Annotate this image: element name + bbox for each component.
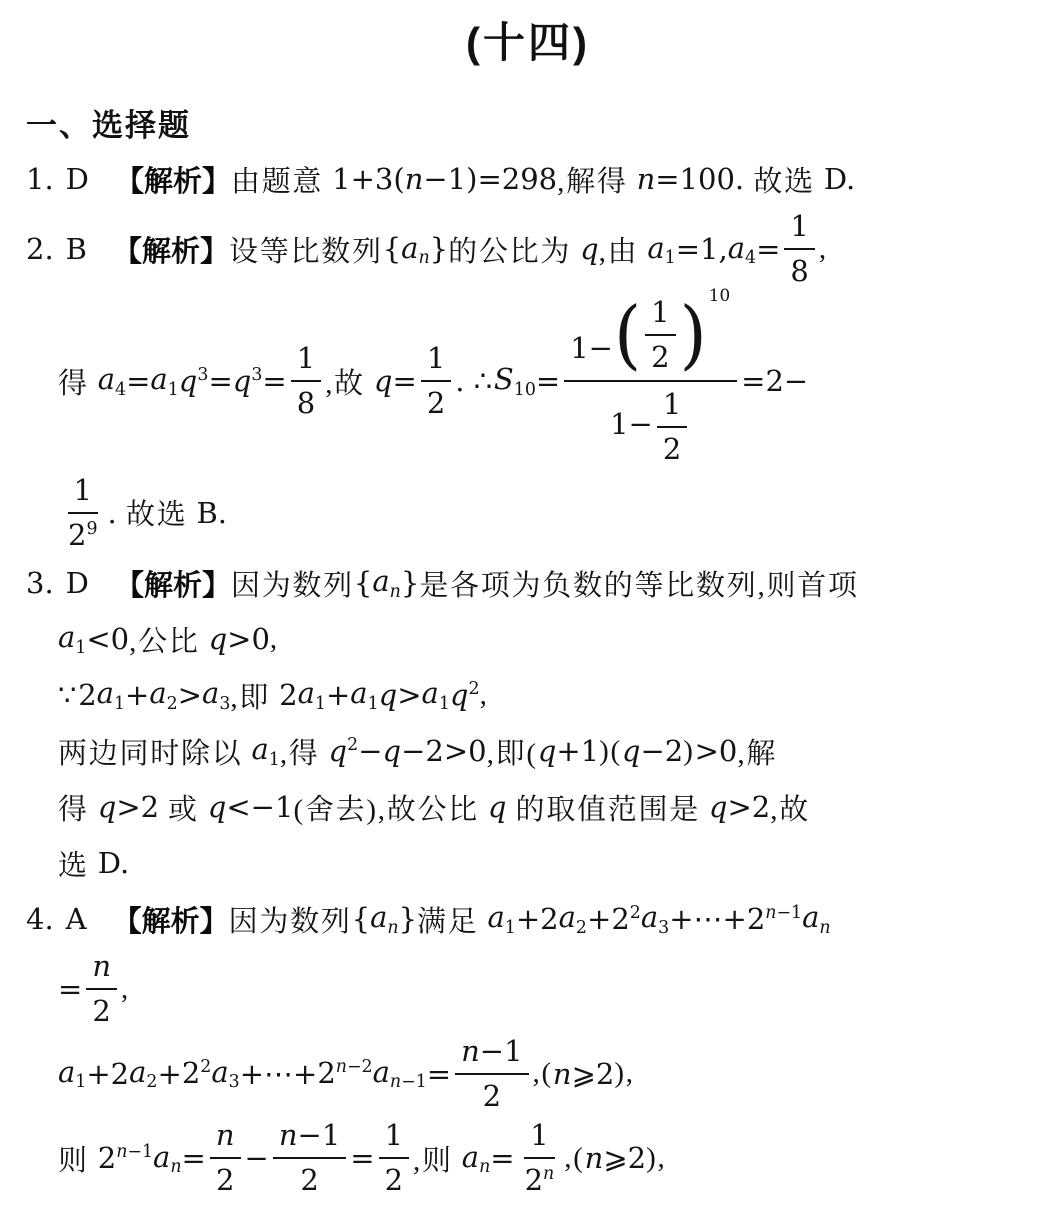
- math-variable: q: [622, 734, 641, 768]
- math-roman: }: [401, 566, 419, 600]
- numerator: 1: [68, 471, 98, 514]
- math-roman: 2: [146, 1072, 157, 1092]
- math-roman: D.: [98, 846, 129, 880]
- math-base: a: [462, 1140, 479, 1174]
- fraction: n−12: [455, 1032, 528, 1117]
- superscript: 2: [200, 1056, 211, 1076]
- math-roman: 1: [427, 341, 445, 375]
- solution-line: =n2,: [26, 947, 1030, 1032]
- math-scripted: a2: [149, 676, 177, 713]
- math-variable: n: [585, 1141, 604, 1175]
- math-variable: n: [543, 1164, 554, 1184]
- math-roman: =: [350, 1141, 374, 1175]
- math-roman: 2: [663, 432, 681, 466]
- math-roman: 1: [790, 209, 808, 243]
- math-scripted: a3: [202, 676, 230, 713]
- text-run: 满足: [417, 899, 487, 940]
- math-variable: q: [538, 734, 557, 768]
- numerator: 1: [291, 339, 321, 382]
- math-roman: 1: [114, 694, 125, 714]
- text-run: ,故: [325, 361, 374, 402]
- math-base: 2: [747, 902, 765, 936]
- math-base: a: [488, 900, 505, 934]
- math-scripted: q2: [329, 734, 359, 769]
- math-roman: 1: [665, 248, 676, 268]
- math-base: a: [251, 732, 268, 766]
- subscript: n: [390, 581, 401, 601]
- math-roman: −: [245, 1141, 269, 1175]
- math-roman: <−1: [226, 790, 293, 824]
- text-run: 则: [58, 1138, 98, 1179]
- math-roman: −1: [776, 903, 802, 923]
- text-run: ,: [819, 233, 828, 266]
- solution-line: 选 D.: [26, 835, 1030, 891]
- math-scripted: 2n−1: [747, 902, 802, 937]
- math-roman: 1: [663, 387, 681, 421]
- subscript: 3: [229, 1071, 240, 1091]
- analysis-tag: 【解析】: [113, 229, 229, 270]
- text-run: ,解: [737, 731, 777, 772]
- math-scripted: 22: [182, 1056, 212, 1091]
- math-roman: 3: [197, 365, 208, 385]
- math-base: q: [450, 678, 469, 712]
- math-roman: =: [393, 364, 417, 398]
- text-run: 得: [58, 787, 98, 828]
- fraction: 12n: [519, 1116, 561, 1201]
- math-variable: n: [553, 1057, 572, 1091]
- subscript: 2: [146, 1071, 157, 1091]
- question-1: 1.D【解析】由题意 1+3(n−1)=298,解得 n=100. 故选 D.: [26, 151, 1030, 207]
- fraction: 12: [421, 339, 451, 424]
- math-roman: 2: [427, 386, 445, 420]
- math-roman: 3: [219, 694, 230, 714]
- answer-letter: B: [66, 232, 87, 266]
- math-base: a: [98, 362, 115, 396]
- math-roman: >: [397, 678, 421, 712]
- math-roman: −1: [127, 1142, 153, 1162]
- solution-line: a1<0,公比 q>0,: [26, 611, 1030, 667]
- math-roman: =: [126, 364, 150, 398]
- text-run: 故选: [753, 159, 823, 200]
- math-scripted: an: [372, 564, 401, 601]
- answer-letter: D: [66, 566, 89, 600]
- superscript: 9: [86, 518, 97, 538]
- math-variable: q: [374, 364, 393, 398]
- text-run: ,则: [413, 1138, 462, 1179]
- fraction: 129: [62, 471, 104, 556]
- denominator: 2: [657, 428, 687, 469]
- math-base: S: [494, 362, 514, 396]
- paren-exponent: 10: [709, 285, 730, 306]
- text-run: 选: [58, 843, 98, 884]
- math-scripted: an: [401, 231, 430, 268]
- math-variable: q: [709, 790, 728, 824]
- questions-list: 1.D【解析】由题意 1+3(n−1)=298,解得 n=100. 故选 D.2…: [26, 151, 1030, 1201]
- math-variable: n: [479, 1157, 490, 1177]
- math-roman: 1: [168, 380, 179, 400]
- math-variable: q: [580, 232, 599, 266]
- math-base: a: [150, 362, 167, 396]
- math-variable: n: [92, 949, 111, 983]
- math-roman: >: [178, 678, 202, 712]
- math-base: a: [149, 676, 166, 710]
- text-run: ),: [614, 1057, 634, 1090]
- math-base: a: [802, 900, 819, 934]
- math-roman: +⋯+: [240, 1057, 318, 1091]
- math-roman: +1: [556, 734, 599, 768]
- math-base: a: [728, 231, 745, 265]
- math-roman: 2: [385, 1163, 403, 1197]
- math-scripted: a1: [97, 676, 125, 713]
- math-roman: +: [587, 902, 611, 936]
- subscript: n−1: [390, 1071, 427, 1091]
- math-roman: {: [352, 902, 370, 936]
- text-run: 或: [159, 787, 208, 828]
- fraction: 12: [657, 385, 687, 470]
- math-roman: =: [208, 364, 232, 398]
- denominator: 2: [86, 990, 116, 1031]
- text-run: ,即(: [487, 731, 538, 772]
- math-variable: n: [279, 1118, 298, 1152]
- math-roman: 4: [115, 380, 126, 400]
- math-base: 2: [611, 902, 629, 936]
- text-run: 由题意: [231, 159, 332, 200]
- solution-line: 129. 故选 B.: [26, 471, 1030, 556]
- math-roman: =100.: [655, 162, 753, 196]
- math-roman: 1: [530, 1118, 548, 1152]
- math-roman: 8: [790, 254, 808, 288]
- math-roman: 2: [300, 1163, 318, 1197]
- math-roman: 1: [315, 694, 326, 714]
- math-roman: 1: [269, 750, 280, 770]
- math-roman: 2: [216, 1163, 234, 1197]
- section-heading: 一、选择题: [26, 100, 1030, 145]
- math-roman: 1: [368, 694, 379, 714]
- denominator: 1−12: [604, 382, 697, 471]
- math-base: a: [58, 620, 75, 654]
- math-variable: n: [765, 903, 776, 923]
- analysis-tag: 【解析】: [115, 159, 231, 200]
- text-run: ,由: [599, 229, 648, 270]
- math-roman: >0: [695, 734, 738, 768]
- math-scripted: a2: [559, 900, 587, 937]
- text-run: ,(: [564, 1142, 584, 1175]
- math-scripted: 29: [68, 517, 98, 554]
- fraction: 12: [379, 1116, 409, 1201]
- subscript: 2: [576, 917, 587, 937]
- math-roman: B.: [196, 496, 227, 530]
- fraction: 18: [291, 339, 321, 424]
- math-roman: 1+3(: [332, 162, 405, 196]
- math-base: 2: [317, 1056, 335, 1090]
- question-4: 4.A【解析】因为数列{an}满足 a1+2a2+22a3+⋯+2n−1an=n…: [26, 891, 1030, 1201]
- math-variable: n: [387, 918, 398, 938]
- math-roman: =: [427, 1057, 451, 1091]
- math-base: 2: [182, 1056, 200, 1090]
- text-run: 是各项为负数的等比数列,则首项: [419, 563, 858, 604]
- solution-line: 3.D【解析】因为数列{an}是各项为负数的等比数列,则首项: [26, 555, 1030, 611]
- math-base: a: [401, 231, 418, 265]
- superscript: 3: [251, 364, 262, 384]
- math-scripted: S10: [494, 362, 536, 399]
- text-run: 得: [58, 361, 98, 402]
- subscript: n: [819, 917, 830, 937]
- math-roman: <0: [86, 622, 129, 656]
- text-run: 的公比为: [448, 229, 580, 270]
- subscript: 1: [665, 247, 676, 267]
- subscript: n: [479, 1156, 490, 1176]
- numerator: 1: [379, 1116, 409, 1159]
- math-roman: 1: [75, 638, 86, 658]
- subscript: 1: [114, 693, 125, 713]
- denominator: 2: [421, 382, 451, 423]
- math-scripted: a1: [488, 900, 516, 937]
- math-roman: +2: [86, 1057, 129, 1091]
- fraction: n2: [86, 947, 117, 1032]
- math-scripted: an: [370, 900, 399, 937]
- math-roman: −2>0: [401, 734, 487, 768]
- solution-line: 两边同时除以 a1,得 q2−q−2>0,即(q+1)(q−2)>0,解: [26, 723, 1030, 779]
- numerator: n: [86, 947, 117, 990]
- math-roman: }: [399, 902, 417, 936]
- math-variable: q: [383, 734, 402, 768]
- math-variable: n: [405, 162, 424, 196]
- fraction: n−12: [273, 1116, 346, 1201]
- math-scripted: a1: [251, 732, 279, 769]
- math-roman: 9: [86, 519, 97, 539]
- text-run: ∵: [58, 678, 78, 713]
- text-run: ,得: [280, 731, 329, 772]
- math-scripted: a3: [211, 1055, 239, 1092]
- math-scripted: a4: [728, 231, 756, 268]
- math-roman: =: [58, 972, 82, 1006]
- math-base: a: [211, 1055, 228, 1089]
- question-number: 4.: [26, 902, 54, 936]
- answer-letter: A: [66, 902, 87, 936]
- math-roman: .: [455, 364, 473, 398]
- text-run: ,: [270, 623, 279, 656]
- math-scripted: a1: [647, 231, 675, 268]
- subscript: 1: [168, 379, 179, 399]
- subscript: 4: [115, 379, 126, 399]
- page-title: (十四): [26, 10, 1030, 70]
- text-run: ,: [480, 679, 489, 712]
- math-scripted: a2: [129, 1055, 157, 1092]
- math-scripted: a1: [58, 1055, 86, 1092]
- denominator: 29: [62, 514, 104, 555]
- close-paren-icon: ): [680, 299, 707, 370]
- math-variable: n: [170, 1157, 181, 1177]
- solution-line: 得 a4=a1q3=q3=18,故 q=12. ∴S10=1−(12)101−1…: [26, 292, 1030, 471]
- math-roman: −1: [480, 1034, 523, 1068]
- math-roman: 2: [469, 679, 480, 699]
- denominator: 2: [379, 1159, 409, 1200]
- text-run: ,(: [533, 1057, 553, 1090]
- math-roman: 2: [347, 735, 358, 755]
- math-scripted: an: [802, 900, 831, 937]
- math-scripted: q2: [450, 678, 480, 713]
- analysis-tag: 【解析】: [113, 899, 229, 940]
- text-run: ,即: [230, 675, 279, 716]
- superscript: n−2: [336, 1056, 373, 1076]
- math-roman: {: [383, 232, 401, 266]
- text-run: 因为数列: [231, 563, 354, 604]
- math-variable: n: [336, 1057, 347, 1077]
- solution-line: 则 2n−1an=n2−n−12=12,则 an=12n,(n⩾2),: [26, 1116, 1030, 1201]
- paren-group: (12)10: [614, 293, 730, 378]
- math-base: q: [233, 364, 252, 398]
- math-base: a: [641, 900, 658, 934]
- math-base: 2: [525, 1163, 543, 1197]
- text-run: (舍去),故公比: [293, 787, 487, 828]
- analysis-tag: 【解析】: [115, 563, 231, 604]
- math-roman: 2: [576, 918, 587, 938]
- subscript: 1: [75, 1071, 86, 1091]
- math-roman: 2: [630, 903, 641, 923]
- answer-sheet-page: (十四) 一、选择题 1.D【解析】由题意 1+3(n−1)=298,解得 n=…: [0, 0, 1046, 1201]
- subscript: 1: [269, 749, 280, 769]
- math-base: a: [97, 676, 114, 710]
- subscript: 1: [75, 637, 86, 657]
- denominator: 2n: [519, 1159, 561, 1200]
- math-variable: q: [98, 790, 117, 824]
- subscript: 1: [439, 693, 450, 713]
- math-roman: 1: [74, 473, 92, 507]
- subscript: 3: [219, 693, 230, 713]
- math-roman: 1: [439, 694, 450, 714]
- math-roman: =: [490, 1141, 514, 1175]
- paren-content: 12: [641, 293, 679, 378]
- math-roman: ⩾2: [572, 1057, 615, 1091]
- text-run: 故选: [126, 492, 196, 533]
- math-base: a: [647, 231, 664, 265]
- math-roman: ⩾2: [603, 1141, 646, 1175]
- math-roman: +2: [516, 902, 559, 936]
- math-variable: n: [390, 582, 401, 602]
- math-roman: 3: [658, 918, 669, 938]
- denominator: 2: [477, 1075, 507, 1116]
- text-run: ,公比: [129, 619, 208, 660]
- math-roman: }: [430, 232, 448, 266]
- math-roman: 2: [483, 1079, 501, 1113]
- math-roman: −: [358, 734, 382, 768]
- math-roman: 4: [745, 248, 756, 268]
- subscript: 3: [658, 917, 669, 937]
- math-base: 2: [68, 518, 86, 552]
- subscript: n: [170, 1156, 181, 1176]
- math-roman: 2: [167, 694, 178, 714]
- math-scripted: an: [462, 1140, 491, 1177]
- math-roman: 10: [709, 285, 730, 305]
- math-roman: 1: [75, 1072, 86, 1092]
- math-roman: −2: [640, 734, 683, 768]
- math-variable: n: [116, 1142, 127, 1162]
- math-base: a: [422, 676, 439, 710]
- text-run: 因为数列: [229, 899, 352, 940]
- subscript: 10: [514, 379, 536, 399]
- numerator: 1: [421, 339, 451, 382]
- fraction: 18: [784, 207, 814, 292]
- text-run: ,: [121, 973, 130, 1006]
- math-scripted: q3: [179, 364, 209, 399]
- question-2: 2.B【解析】设等比数列{an}的公比为 q,由 a1=1,a4=18,得 a4…: [26, 207, 1030, 555]
- text-run: 两边同时除以: [58, 731, 251, 772]
- math-base: a: [58, 1055, 75, 1089]
- question-number: 3.: [26, 566, 54, 600]
- math-roman: 2: [78, 678, 96, 712]
- math-roman: 2: [651, 340, 669, 374]
- fraction: 1−(12)101−12: [564, 292, 737, 471]
- math-scripted: q3: [233, 364, 263, 399]
- math-roman: 2: [279, 678, 297, 712]
- math-scripted: 22: [611, 902, 641, 937]
- subscript: 1: [505, 917, 516, 937]
- superscript: n−1: [116, 1141, 153, 1161]
- answer-letter: D: [66, 162, 89, 196]
- numerator: n−1: [455, 1032, 528, 1075]
- text-run: ∴: [474, 364, 494, 399]
- math-roman: 2: [200, 1057, 211, 1077]
- math-roman: 1: [505, 918, 516, 938]
- math-base: a: [298, 676, 315, 710]
- math-roman: −1)=298: [423, 162, 557, 196]
- math-roman: +: [326, 678, 350, 712]
- math-roman: =2−: [741, 364, 808, 398]
- math-scripted: a4: [98, 362, 126, 399]
- math-base: q: [329, 734, 348, 768]
- math-variable: n: [216, 1118, 235, 1152]
- math-scripted: 2n: [525, 1162, 555, 1199]
- math-roman: =: [182, 1141, 206, 1175]
- math-variable: q: [488, 790, 507, 824]
- math-base: a: [129, 1055, 146, 1089]
- math-variable: n: [637, 162, 656, 196]
- question-number: 2.: [26, 232, 54, 266]
- solution-line: a1+2a2+22a3+⋯+2n−2an−1=n−12,(n⩾2),: [26, 1032, 1030, 1117]
- math-variable: n: [819, 918, 830, 938]
- subscript: 4: [745, 247, 756, 267]
- math-roman: +: [125, 678, 149, 712]
- superscript: 2: [630, 902, 641, 922]
- text-run: ,解得: [557, 159, 636, 200]
- math-roman: 1−: [610, 407, 653, 441]
- numerator: 1−(12)10: [564, 292, 737, 383]
- subscript: n: [418, 247, 429, 267]
- superscript: 3: [197, 364, 208, 384]
- math-base: a: [559, 900, 576, 934]
- text-run: ,故: [770, 787, 810, 828]
- math-roman: 1−: [570, 331, 613, 365]
- denominator: 8: [784, 250, 814, 291]
- math-roman: .: [108, 496, 126, 530]
- math-roman: −2: [347, 1057, 373, 1077]
- numerator: 1: [524, 1116, 554, 1159]
- superscript: 2: [469, 678, 480, 698]
- superscript: n: [543, 1163, 554, 1183]
- text-run: 的取值范围是: [507, 787, 709, 828]
- question-3: 3.D【解析】因为数列{an}是各项为负数的等比数列,则首项a1<0,公比 q>…: [26, 555, 1030, 891]
- math-roman: D.: [824, 162, 855, 196]
- solution-line: 4.A【解析】因为数列{an}满足 a1+2a2+22a3+⋯+2n−1an: [26, 891, 1030, 947]
- math-roman: 1: [385, 1118, 403, 1152]
- math-base: a: [372, 564, 389, 598]
- math-scripted: a3: [641, 900, 669, 937]
- math-roman: 8: [297, 386, 315, 420]
- math-variable: q: [209, 622, 228, 656]
- math-base: a: [153, 1140, 170, 1174]
- text-run: )(: [599, 735, 622, 768]
- subscript: 1: [315, 693, 326, 713]
